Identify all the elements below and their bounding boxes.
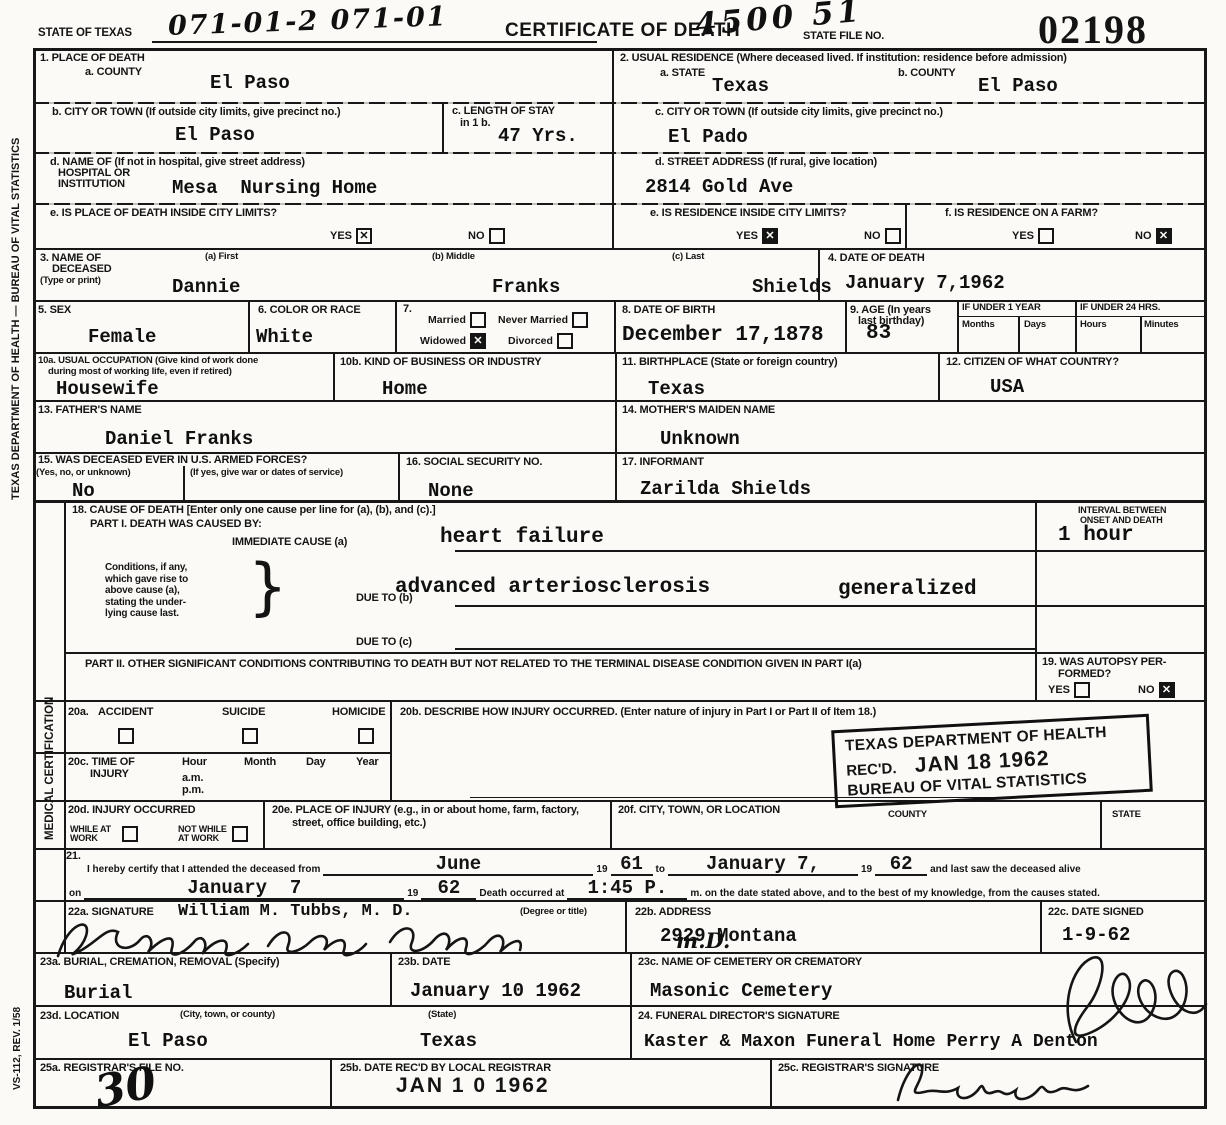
widowed-label: Widowed [420, 335, 466, 347]
checkbox-2f-no [1156, 228, 1172, 244]
field-10b-value: Home [382, 378, 428, 400]
from-year-value: 61 [620, 853, 643, 875]
state-label: STATE [1112, 810, 1141, 821]
field-22c-value: 1-9-62 [1062, 924, 1130, 946]
checkbox-19-yes [1074, 682, 1090, 698]
hour-label: Hour [182, 756, 207, 769]
field-5-value: Female [88, 326, 156, 348]
field-20d-label: 20d. INJURY OCCURRED [68, 804, 195, 817]
year-19-label: 19 [858, 864, 875, 876]
field-15-value: No [72, 480, 95, 502]
checkbox-19-no [1159, 682, 1175, 698]
field-2e-label: e. IS RESIDENCE INSIDE CITY LIMITS? [650, 207, 846, 220]
divider [330, 1058, 332, 1106]
field-23d-sub2: (State) [428, 1010, 456, 1021]
divider [398, 452, 400, 500]
last-seen-value: January 7 [187, 877, 301, 899]
from-year-fill: 61 [611, 852, 653, 876]
field-7-married: Married [428, 312, 486, 328]
field-1e-label: e. IS PLACE OF DEATH INSIDE CITY LIMITS? [50, 207, 277, 220]
field-23d-city-value: El Paso [128, 1030, 208, 1052]
immediate-cause-label: IMMEDIATE CAUSE (a) [232, 536, 347, 549]
field-1c-label2: in 1 b. [460, 117, 490, 130]
death-occurred-label: Death occurred at [476, 888, 567, 900]
divider [33, 248, 1204, 250]
checkbox-homicide [358, 728, 374, 744]
attended-to-value: January 7, [706, 853, 820, 875]
registrar-signature [880, 1046, 1110, 1114]
attended-from-fill: June [323, 852, 593, 876]
certify-text-4: m. on the date stated above, and to the … [687, 888, 1103, 900]
field-2b-value: El Paso [978, 75, 1058, 97]
due-to-b-value: advanced arteriosclerosis [395, 576, 710, 599]
divider [33, 400, 1204, 402]
divider [33, 102, 1204, 104]
field-20a-num: 20a. [68, 706, 89, 719]
divorced-label: Divorced [508, 335, 553, 347]
divider [770, 1058, 772, 1106]
months-label: Months [962, 320, 995, 331]
divider [64, 652, 1204, 654]
field-1e-yes: YES [330, 228, 372, 244]
field-20e-label1: 20e. PLACE OF INJURY (e.g., in or about … [272, 804, 579, 817]
field-1b-label: b. CITY OR TOWN (If outside city limits,… [52, 106, 341, 119]
death-time-fill: 1:45 P. [567, 876, 687, 900]
field-3-first-label: (a) First [205, 252, 238, 263]
while-at-work-label2: WORK [70, 833, 98, 843]
month-label: Month [244, 756, 276, 769]
yes-label: YES [1012, 230, 1034, 242]
field-23c-value: Masonic Cemetery [650, 980, 832, 1002]
divider [33, 752, 390, 754]
divider [1140, 316, 1142, 352]
on-label: on [66, 888, 84, 900]
field-2c-value: El Pado [668, 126, 748, 148]
field-7-widowed: Widowed [420, 333, 486, 349]
death-certificate-scan: STATE OF TEXAS 071-01-2 071-01 CERTIFICA… [0, 0, 1226, 1125]
divider [333, 352, 335, 400]
checkbox-widowed [470, 333, 486, 349]
divider [630, 952, 632, 1058]
year-19-label: 19 [593, 864, 610, 876]
field-16-value: None [428, 480, 474, 502]
divider [263, 800, 265, 848]
field-1b-value: El Paso [175, 124, 255, 146]
field-8-label: 8. DATE OF BIRTH [622, 304, 715, 317]
field-1e-no: NO [468, 228, 505, 244]
field-2b-label: b. COUNTY [898, 67, 955, 80]
field-13-label: 13. FATHER'S NAME [38, 404, 142, 417]
field-3-last-value: Shields [752, 276, 832, 298]
field-8-value: December 17,1878 [622, 324, 824, 347]
year-19-label: 19 [404, 888, 421, 900]
field-5-label: 5. SEX [38, 304, 71, 317]
minutes-label: Minutes [1144, 320, 1179, 331]
last-seen-year-value: 62 [437, 877, 460, 899]
divider [33, 1005, 1204, 1007]
county-label: COUNTY [888, 810, 927, 821]
divider [33, 700, 1204, 702]
field-22c-label: 22c. DATE SIGNED [1048, 906, 1144, 919]
checkbox-never-married [572, 312, 588, 328]
field-1c-value: 47 Yrs. [498, 125, 578, 147]
registrar-file-no-value: 30 [91, 1057, 160, 1118]
field-21-num: 21. [66, 850, 81, 863]
field-11-value: Texas [648, 378, 705, 400]
cause-a-line [455, 550, 1204, 552]
state-of-texas-label: STATE OF TEXAS [38, 27, 132, 40]
field-23a-value: Burial [64, 982, 132, 1004]
last-seen-fill: January 7 [84, 876, 404, 900]
field-1c-label: c. LENGTH OF STAY [452, 105, 555, 118]
no-label: NO [1138, 684, 1155, 696]
field-6-value: White [256, 326, 313, 348]
margin-form-number: VS-112, REV. 1/58 [12, 1007, 23, 1090]
divider [612, 48, 614, 248]
day-label: Day [306, 756, 326, 769]
checkbox-while-at-work [122, 826, 138, 842]
field-7-never-married: Never Married [498, 312, 588, 328]
interval-value: 1 hour [1058, 524, 1134, 547]
divider [442, 102, 444, 152]
immediate-cause-value: heart failure [440, 526, 604, 549]
field-24-label: 24. FUNERAL DIRECTOR'S SIGNATURE [638, 1010, 840, 1023]
margin-agency-text: TEXAS DEPARTMENT OF HEALTH — BUREAU OF V… [10, 138, 22, 500]
field-11-label: 11. BIRTHPLACE (State or foreign country… [622, 356, 838, 369]
field-23b-value: January 10 1962 [410, 980, 581, 1002]
checkbox-2e-no [885, 228, 901, 244]
divider [938, 352, 940, 400]
divider [33, 500, 1204, 503]
field-19-label2: FORMED? [1058, 668, 1111, 681]
field-14-label: 14. MOTHER'S MAIDEN NAME [622, 404, 775, 417]
field-14-value: Unknown [660, 428, 740, 450]
field-4-label: 4. DATE OF DEATH [828, 252, 925, 265]
field-3-title3: (Type or print) [40, 276, 101, 287]
field-19-no: NO [1138, 682, 1175, 698]
due-to-b-value2: generalized [838, 578, 977, 601]
field-17-label: 17. INFORMANT [622, 456, 704, 469]
never-married-label: Never Married [498, 314, 568, 326]
field-2d-value: 2814 Gold Ave [645, 176, 793, 198]
field-2a-value: Texas [712, 75, 769, 97]
no-label: NO [1135, 230, 1152, 242]
certify-text-2: and last saw the deceased alive [927, 864, 1084, 876]
field-1d-label3: INSTITUTION [58, 178, 125, 191]
field-2e-no: NO [864, 228, 901, 244]
field-12-label: 12. CITIZEN OF WHAT COUNTRY? [946, 356, 1119, 369]
divider [1075, 300, 1077, 352]
divider [395, 300, 397, 352]
cause-c-line [455, 648, 1035, 650]
divider [610, 800, 612, 848]
attended-from-value: June [436, 853, 482, 875]
suicide-label: SUICIDE [222, 706, 265, 719]
field-1-title: 1. PLACE OF DEATH [40, 52, 145, 65]
field-2d-label: d. STREET ADDRESS (If rural, give locati… [655, 156, 877, 169]
field-1d-value: Mesa Nursing Home [172, 177, 377, 199]
field-7-label: 7. [403, 303, 412, 316]
no-label: NO [468, 230, 485, 242]
interval-label1: INTERVAL BETWEEN [1078, 505, 1166, 515]
to-label: to [653, 864, 668, 876]
field-17-value: Zarilda Shields [640, 478, 811, 500]
homicide-label: HOMICIDE [332, 706, 385, 719]
hours-label: Hours [1080, 320, 1106, 331]
stamp-recd-label: REC'D. [846, 760, 897, 780]
part-ii-text: PART II. OTHER SIGNIFICANT CONDITIONS CO… [85, 658, 1020, 671]
married-label: Married [428, 314, 466, 326]
field-20b-label: 20b. DESCRIBE HOW INJURY OCCURRED. (Ente… [400, 706, 876, 719]
death-time-value: 1:45 P. [587, 877, 667, 899]
received-stamp: TEXAS DEPARTMENT OF HEALTH REC'D. JAN 18… [831, 714, 1153, 809]
to-year-value: 62 [890, 853, 913, 875]
yes-label: YES [736, 230, 758, 242]
field-3-last-label: (c) Last [672, 252, 704, 263]
border-left [33, 48, 36, 1109]
divider [1018, 316, 1020, 352]
field-2e-yes: YES [736, 228, 778, 244]
field-12-value: USA [990, 376, 1024, 398]
field-9-value: 83 [866, 322, 891, 345]
field-20e-label2: street, office building, etc.) [292, 817, 426, 830]
handwritten-district-code: 071-01-2 071-01 [168, 1, 449, 42]
field-3-first-value: Dannie [172, 276, 240, 298]
margin-medical-certification-text: MEDICAL CERTIFICATION [44, 697, 56, 840]
field-2c-label: c. CITY OR TOWN (If outside city limits,… [655, 106, 943, 119]
field-2f-label: f. IS RESIDENCE ON A FARM? [945, 207, 1098, 220]
certificate-number: 02198 [1038, 6, 1148, 53]
field-2-title: 2. USUAL RESIDENCE (Where deceased lived… [620, 52, 1067, 65]
last-seen-year-fill: 62 [421, 876, 476, 900]
field-4-value: January 7,1962 [845, 272, 1005, 294]
field-15-sub2: (If yes, give war or dates of service) [190, 468, 343, 479]
no-label: NO [864, 230, 881, 242]
field-20f-label: 20f. CITY, TOWN, OR LOCATION [618, 804, 780, 817]
pm-label: p.m. [182, 784, 204, 797]
certify-line-1: I hereby certify that I attended the dec… [84, 850, 1200, 876]
certify-text-1: I hereby certify that I attended the dec… [84, 864, 323, 876]
field-2f-yes: YES [1012, 228, 1054, 244]
checkbox-1e-yes [356, 228, 372, 244]
accident-label: ACCIDENT [98, 706, 153, 719]
cause-b-line [455, 605, 1204, 607]
physician-signature [52, 912, 672, 964]
field-23d-sub1: (City, town, or county) [180, 1010, 275, 1021]
field-20c-label2: INJURY [90, 768, 129, 781]
under-24-hrs-title: IF UNDER 24 HRS. [1080, 303, 1160, 314]
field-20c-label1: 20c. TIME OF [68, 756, 135, 769]
divider [615, 352, 617, 500]
field-18-part1: PART I. DEATH WAS CAUSED BY: [90, 518, 262, 531]
days-label: Days [1024, 320, 1046, 331]
divider [33, 800, 1204, 802]
certify-line-2: on January 7 19 62 Death occurred at 1:4… [66, 876, 1200, 900]
to-year-fill: 62 [875, 852, 927, 876]
field-3-middle-label: (b) Middle [432, 252, 475, 263]
field-2a-label: a. STATE [660, 67, 705, 80]
field-10a-value: Housewife [56, 378, 159, 400]
checkbox-not-while-at-work [232, 826, 248, 842]
year-label: Year [356, 756, 378, 769]
field-7-divorced: Divorced [508, 333, 573, 349]
field-19-yes: YES [1048, 682, 1090, 698]
not-while-at-work-label2: AT WORK [178, 833, 219, 843]
border-top [33, 48, 1207, 51]
physician-signature-suffix: m.D. [676, 928, 730, 953]
am-label: a.m. [182, 772, 203, 785]
checkbox-accident [118, 728, 134, 744]
field-1a-label: a. COUNTY [85, 66, 142, 79]
divider [390, 700, 392, 800]
field-16-label: 16. SOCIAL SECURITY NO. [406, 456, 542, 469]
attended-to-fill: January 7, [668, 852, 858, 876]
checkbox-suicide [242, 728, 258, 744]
field-10b-label: 10b. KIND OF BUSINESS OR INDUSTRY [340, 356, 541, 369]
field-10a-label2: during most of working life, even if ret… [48, 367, 232, 378]
divider [1100, 800, 1102, 848]
field-15-sub1: (Yes, no, or unknown) [36, 468, 131, 479]
field-15-label: 15. WAS DECEASED EVER IN U.S. ARMED FORC… [38, 454, 307, 467]
divider [957, 300, 959, 352]
yes-label: YES [330, 230, 352, 242]
field-3-middle-value: Franks [492, 276, 560, 298]
checkbox-divorced [557, 333, 573, 349]
field-3-title2: DECEASED [52, 263, 112, 276]
due-to-c-label: DUE TO (c) [356, 636, 412, 649]
divider [33, 152, 1204, 154]
divider [33, 352, 1204, 354]
date-received-stamp-value: JAN 1 0 1962 [396, 1074, 550, 1098]
checkbox-2e-yes [762, 228, 778, 244]
field-25b-label: 25b. DATE REC'D BY LOCAL REGISTRAR [340, 1062, 551, 1075]
conditions-brace: } [248, 550, 287, 623]
yes-label: YES [1048, 684, 1070, 696]
field-1a-value: El Paso [210, 72, 290, 94]
under-1-year-title: IF UNDER 1 YEAR [962, 303, 1041, 314]
checkbox-married [470, 312, 486, 328]
divider [1040, 900, 1042, 952]
checkbox-2f-yes [1038, 228, 1054, 244]
divider [183, 466, 185, 500]
divider [614, 300, 616, 352]
divider [905, 203, 907, 248]
divider [1035, 500, 1037, 700]
divider [33, 203, 1204, 205]
checkbox-1e-no [489, 228, 505, 244]
field-23d-state-value: Texas [420, 1030, 477, 1052]
divider [248, 300, 250, 352]
field-6-label: 6. COLOR OR RACE [258, 304, 361, 317]
conditions-note: Conditions, if any, which gave rise to a… [105, 562, 188, 620]
field-13-value: Daniel Franks [105, 428, 253, 450]
field-2f-no: NO [1135, 228, 1172, 244]
field-18-title: 18. CAUSE OF DEATH [Enter only one cause… [72, 504, 436, 517]
divider [957, 316, 1204, 317]
field-19-label1: 19. WAS AUTOPSY PER- [1042, 656, 1166, 669]
field-23d-label: 23d. LOCATION [40, 1010, 119, 1023]
divider [845, 300, 847, 352]
